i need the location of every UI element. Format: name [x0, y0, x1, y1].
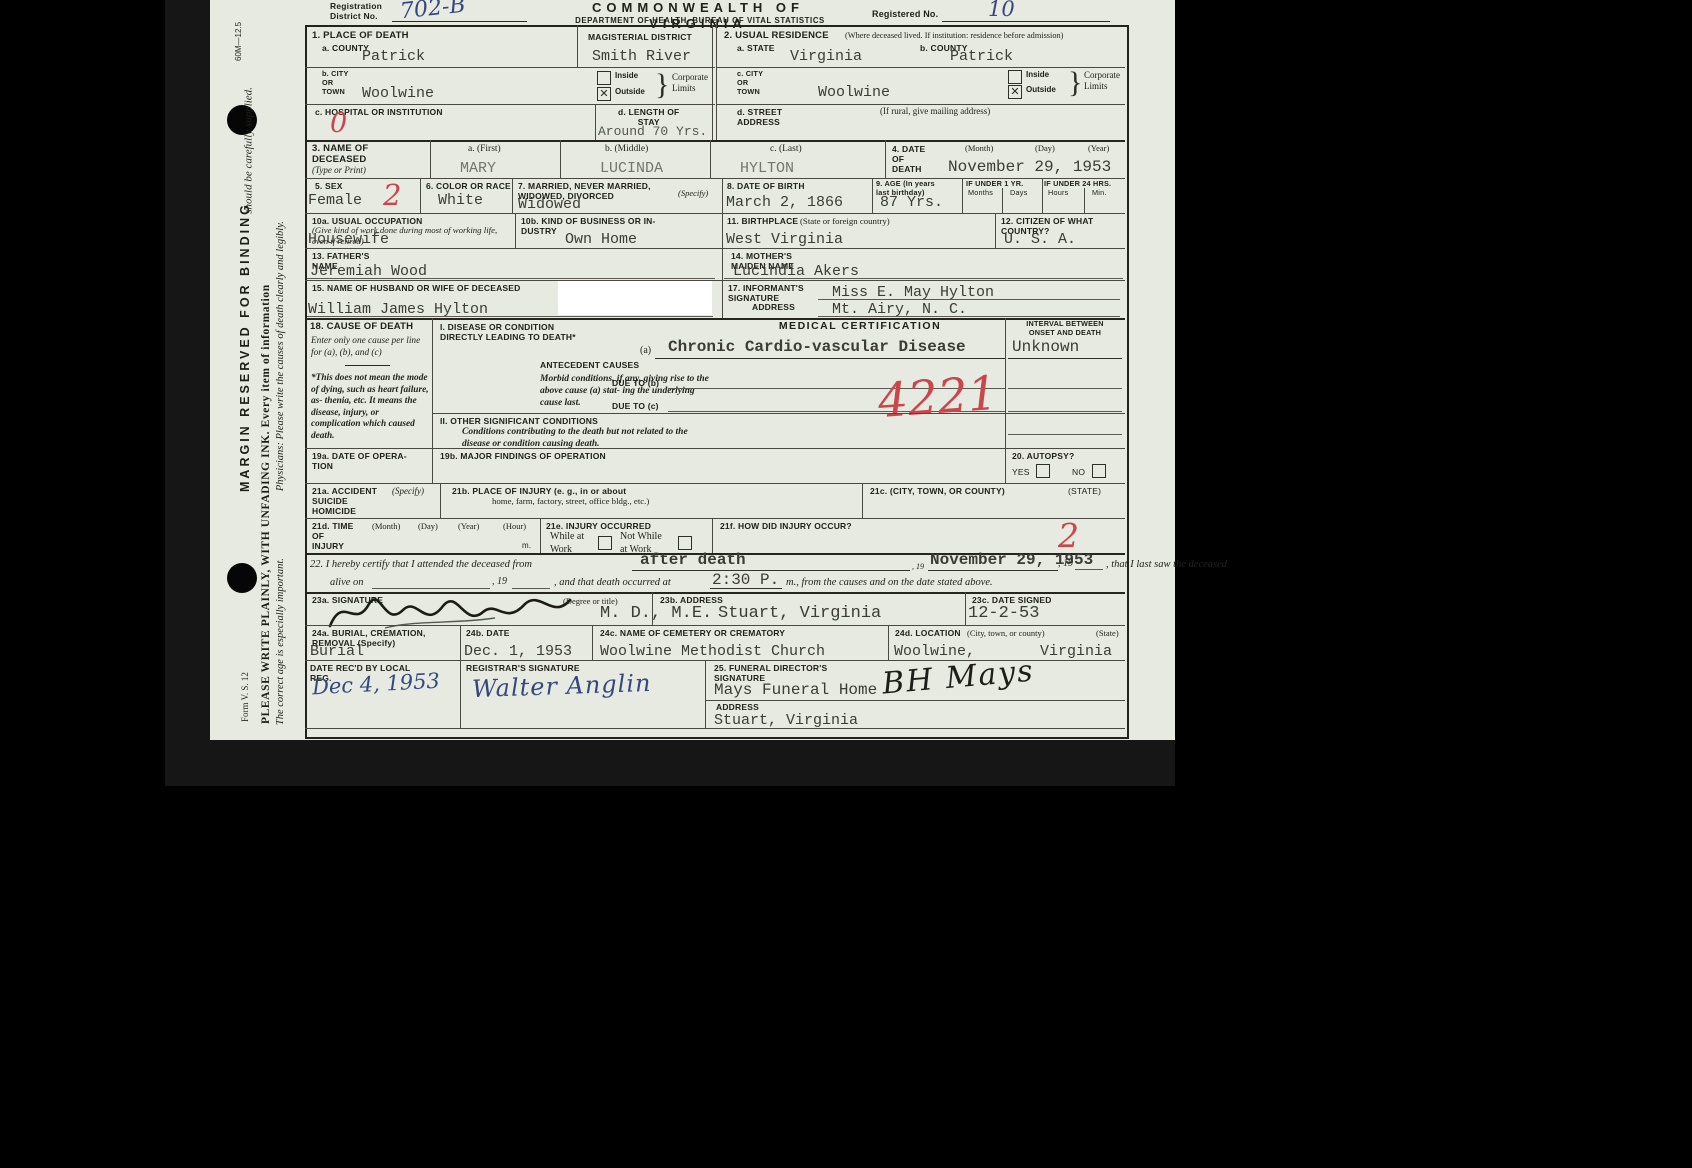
redaction-box [558, 281, 712, 315]
antecedent-causes-label: ANTECEDENT CAUSES [540, 360, 639, 370]
accident-suicide-homicide-label: 21a. ACCIDENT SUICIDE HOMICIDE [312, 486, 377, 517]
margin-plainly-note: PLEASE WRITE PLAINLY, WITH UNFADING INK.… [260, 284, 272, 724]
age-value: 87 Yrs. [880, 194, 943, 211]
informant-label: 17. INFORMANT'S SIGNATURE [728, 283, 804, 303]
registration-district-label: Registration District No. [330, 1, 402, 21]
burial-date-label: 24b. DATE [466, 628, 510, 638]
injury-hour-label: (Hour) [503, 521, 526, 532]
business-value: Own Home [565, 231, 637, 248]
street-address-note: (If rural, give mailing address) [880, 106, 990, 117]
certify-line2c: , and that death occurred at [554, 576, 671, 589]
certify-line2a: alive on [330, 576, 364, 589]
interval-value: Unknown [1012, 338, 1079, 356]
months-label: Months [968, 189, 993, 198]
date-of-death-label: 4. DATE OF DEATH [892, 144, 925, 175]
sex-value: Female [308, 192, 362, 209]
place-corporate-label: Corporate Limits [672, 72, 708, 95]
margin-physicians-note: Physicians: Please write the causes of d… [274, 221, 287, 491]
burial-location-label: 24d. LOCATION [895, 628, 961, 638]
x-mark: ✕ [1010, 85, 1019, 98]
registered-no-value: 10 [988, 0, 1015, 21]
date-of-death-value: November 29, 1953 [948, 158, 1111, 176]
middle-name-value: LUCINDA [600, 160, 663, 177]
residence-state-value: Virginia [790, 48, 862, 65]
due-to-c-label: DUE TO (c) [612, 401, 659, 411]
magisterial-district-value: Smith River [592, 48, 691, 65]
days-label: Days [1010, 189, 1027, 198]
residence-outside-checkbox: ✕ [1008, 85, 1022, 99]
cause-note2: *This does not mean the mode of dying, s… [311, 373, 429, 443]
margin-binding-note: MARGIN RESERVED FOR BINDING [238, 202, 252, 492]
death-day-label: (Day) [1035, 143, 1055, 154]
registered-no-label: Registered No. [872, 9, 938, 20]
name-of-deceased-label: 3. NAME OF DECEASED [312, 143, 368, 166]
death-year-label: (Year) [1088, 143, 1109, 154]
red-code-4221: 4221 [876, 366, 999, 429]
citizen-value: U. S. A. [1004, 231, 1076, 248]
residence-inside-checkbox [1008, 70, 1022, 84]
place-inside-label: Inside [615, 71, 638, 80]
disease-label: I. DISEASE OR CONDITION DIRECTLY LEADING… [440, 322, 576, 342]
informant-address-label: ADDRESS [752, 302, 795, 312]
usual-residence-note: (Where deceased lived. If institution: r… [845, 31, 1063, 41]
medical-certification-title: MEDICAL CERTIFICATION [715, 320, 1005, 333]
cause-note1: Enter only one cause per line for (a), (… [311, 336, 427, 359]
middle-name-label: b. (Middle) [605, 144, 648, 156]
usual-residence-title: 2. USUAL RESIDENCE [724, 30, 829, 41]
birthplace-label: 11. BIRTHPLACE [727, 216, 798, 226]
magisterial-district-label: MAGISTERIAL DISTRICT [588, 32, 692, 42]
interval-label: INTERVAL BETWEEN ONSET AND DEATH [1006, 320, 1124, 338]
cemetery-label: 24c. NAME OF CEMETERY OR CREMATORY [600, 628, 785, 638]
min-label: Min. [1092, 189, 1107, 198]
certify-line2b: , 19 [492, 576, 507, 589]
sex-label: 5. SEX [315, 181, 343, 191]
certify-time-value: 2:30 P. [712, 571, 779, 589]
how-did-injury-occur-label: 21f. HOW DID INJURY OCCUR? [720, 521, 852, 531]
place-outside-checkbox: ✕ [597, 87, 611, 101]
degree-value: M. D., M.E. [600, 604, 712, 623]
due-to-b-label: DUE TO (b) [612, 378, 659, 388]
cause-a-label: (a) [640, 345, 651, 358]
certify-from-value: after death [640, 551, 746, 569]
residence-county-value: Patrick [950, 48, 1013, 65]
date-of-birth-value: March 2, 1866 [726, 194, 843, 211]
accident-specify-note: (Specify) [392, 486, 424, 497]
major-findings-label: 19b. MAJOR FINDINGS OF OPERATION [440, 451, 606, 461]
punch-hole-bottom [227, 563, 257, 593]
injury-year-label: (Year) [458, 521, 479, 532]
marital-specify-note: (Specify) [678, 188, 708, 199]
not-while-at-work-checkbox [678, 536, 692, 550]
last-name-label: c. (Last) [770, 144, 802, 156]
length-of-stay-value: Around 70 Yrs. [598, 124, 707, 139]
place-corporate-brace: } [655, 68, 669, 102]
birthplace-value: West Virginia [726, 231, 843, 248]
injury-day-label: (Day) [418, 521, 438, 532]
time-of-injury-label: 21d. TIME OF INJURY [312, 521, 353, 552]
cemetery-value: Woolwine Methodist Church [600, 643, 825, 660]
street-address-label: d. STREET ADDRESS [737, 107, 782, 127]
certify-line1d: , that I last saw the deceased [1106, 558, 1227, 571]
print-code: 60M—12.5 [234, 22, 243, 61]
residence-city-label: c. CITY OR TOWN [737, 70, 763, 96]
certify-line1a: 22. I hereby certify that I attended the… [310, 558, 532, 571]
autopsy-label: 20. AUTOPSY? [1012, 451, 1074, 461]
residence-outside-label: Outside [1026, 85, 1056, 94]
type-or-print-note: (Type or Print) [312, 165, 366, 176]
residence-corporate-label: Corporate Limits [1084, 70, 1120, 93]
injury-month-label: (Month) [372, 521, 400, 532]
place-of-death-title: 1. PLACE OF DEATH [312, 30, 409, 41]
death-certificate-scan: 60M—12.5 should be carefully supplied. M… [0, 0, 1692, 1168]
place-county-value: Patrick [362, 48, 425, 65]
date-of-operation-label: 19a. DATE OF OPERA- TION [312, 451, 407, 471]
physician-address-value: Stuart, Virginia [718, 604, 881, 623]
burial-location-note: (City, town, or county) [967, 628, 1045, 639]
injury-state-label: (STATE) [1068, 486, 1101, 496]
physician-address-label: 23b. ADDRESS [660, 595, 723, 605]
residence-inside-label: Inside [1026, 70, 1049, 79]
place-of-injury-label: 21b. PLACE OF INJURY (e. g., in or about [452, 486, 626, 496]
x-mark: ✕ [599, 87, 608, 100]
autopsy-no-label: NO [1072, 467, 1085, 477]
residence-city-value: Woolwine [818, 84, 890, 101]
cause-of-death-label: 18. CAUSE OF DEATH [310, 321, 413, 332]
burial-location-state-value: Virginia [1040, 643, 1112, 660]
form-subtitle: DEPARTMENT OF HEALTH, BUREAU OF VITAL ST… [535, 16, 865, 25]
injury-city-label: 21c. (CITY, TOWN, OR COUNTY) [870, 486, 1005, 496]
autopsy-yes-checkbox [1036, 464, 1050, 478]
hospital-red-zero: 0 [330, 108, 347, 139]
date-signed-value: 12-2-53 [968, 604, 1039, 623]
first-name-label: a. (First) [468, 144, 501, 156]
first-name-value: MARY [460, 160, 496, 177]
red-mark-2: 2 [1058, 516, 1079, 555]
spouse-label: 15. NAME OF HUSBAND OR WIFE OF DECEASED [312, 283, 521, 293]
autopsy-no-checkbox [1092, 464, 1106, 478]
place-outside-label: Outside [615, 87, 645, 96]
burial-value: Burial [310, 643, 364, 660]
funeral-home-value: Mays Funeral Home [714, 681, 877, 699]
burial-state-note: (State) [1096, 628, 1119, 639]
funeral-address-value: Stuart, Virginia [714, 712, 858, 729]
injury-occurred-label: 21e. INJURY OCCURRED [546, 521, 651, 531]
certify-line2d: m., from the causes and on the date stat… [786, 576, 993, 589]
hours-label: Hours [1048, 189, 1068, 198]
place-city-label: b. CITY OR TOWN [322, 70, 349, 96]
autopsy-yes-label: YES [1012, 467, 1030, 477]
burial-location-value: Woolwine, [894, 643, 975, 660]
death-month-label: (Month) [965, 143, 993, 154]
residence-corporate-brace: } [1068, 66, 1082, 100]
funeral-address-label: ADDRESS [716, 702, 759, 712]
date-of-birth-label: 8. DATE OF BIRTH [727, 181, 805, 191]
margin-supplied-note: should be carefully supplied. [242, 87, 256, 214]
race-value: White [438, 192, 483, 209]
place-of-injury-label2: home, farm, factory, street, office bldg… [492, 496, 649, 507]
burial-date-value: Dec. 1, 1953 [464, 643, 572, 660]
other-conditions-label: II. OTHER SIGNIFICANT CONDITIONS [440, 416, 598, 426]
sex-red-mark: 2 [383, 178, 401, 212]
certify-line1b: , 19 [912, 562, 924, 572]
injury-m-label: m. [522, 541, 531, 551]
place-city-value: Woolwine [362, 85, 434, 102]
last-name-value: HYLTON [740, 160, 794, 177]
occupation-value: Housewife [308, 231, 389, 248]
while-at-work-checkbox [598, 536, 612, 550]
birthplace-note: (State or foreign country) [800, 216, 890, 227]
marital-value: Widowed [518, 196, 581, 213]
place-inside-checkbox [597, 71, 611, 85]
residence-state-label: a. STATE [737, 43, 775, 53]
margin-age-note: The correct age is especially important. [274, 558, 287, 725]
race-label: 6. COLOR OR RACE [426, 181, 511, 191]
form-number: Form V. S. 12 [240, 672, 250, 722]
certify-line1c: , 19 [1058, 558, 1073, 571]
cause-a-value: Chronic Cardio-vascular Disease [668, 338, 966, 356]
